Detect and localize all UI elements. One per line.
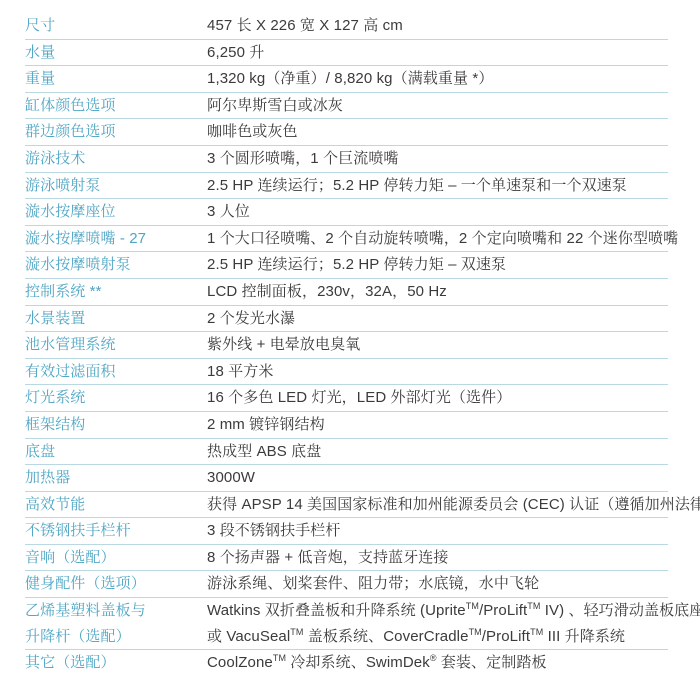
spec-value-cell: 1 个大口径喷嘴、2 个自动旋转喷嘴，2 个定向喷嘴和 22 个迷你型喷嘴	[207, 226, 678, 252]
spec-value-cell: LCD 控制面板，230v，32A，50 Hz	[207, 279, 668, 305]
spec-value-text: CoolZoneTM 冷却系统、SwimDek® 套装、定制踏板	[207, 650, 668, 676]
spec-value-text: 咖啡色或灰色	[207, 119, 668, 145]
spec-value-text: Watkins 双折叠盖板和升降系统 (UpriteTM/ProLiftTM I…	[207, 598, 700, 624]
spec-row: 漩水按摩座位3 人位	[25, 199, 668, 226]
spec-value-text: 16 个多色 LED 灯光，LED 外部灯光（选件）	[207, 385, 668, 411]
spec-row: 音响（选配）8 个扬声器 + 低音炮，支持蓝牙连接	[25, 545, 668, 572]
spec-label-text: 游泳喷射泵	[25, 173, 207, 199]
spec-row: 高效节能获得 APSP 14 美国国家标准和加州能源委员会 (CEC) 认证（遵…	[25, 492, 668, 519]
spec-label-cell: 底盘	[25, 439, 207, 465]
spec-value-cell: 2 个发光水瀑	[207, 306, 668, 332]
spec-row: 漩水按摩喷嘴 - 271 个大口径喷嘴、2 个自动旋转喷嘴，2 个定向喷嘴和 2…	[25, 226, 668, 253]
spec-row: 群边颜色选项咖啡色或灰色	[25, 119, 668, 146]
spec-value-cell: 阿尔卑斯雪白或冰灰	[207, 93, 668, 119]
spec-value-cell: 3 个圆形喷嘴，1 个巨流喷嘴	[207, 146, 668, 172]
spec-row: 健身配件（选项）游泳系绳、划桨套件、阻力带；水底镜，水中飞轮	[25, 571, 668, 598]
spec-label-cell: 框架结构	[25, 412, 207, 438]
spec-label-text: 加热器	[25, 465, 207, 491]
spec-label-cell: 水量	[25, 40, 207, 66]
spec-value-text: 热成型 ABS 底盘	[207, 439, 668, 465]
spec-label-text: 健身配件（选项）	[25, 571, 207, 597]
spec-label-cell: 尺寸	[25, 13, 207, 39]
spec-value-text: 1,320 kg（净重）/ 8,820 kg（满载重量 *）	[207, 66, 668, 92]
spec-label-cell: 缸体颜色选项	[25, 93, 207, 119]
spec-label-cell: 重量	[25, 66, 207, 92]
spec-value-cell: 2.5 HP 连续运行；5.2 HP 停转力矩 – 双速泵	[207, 252, 668, 278]
spec-label-text: 水景装置	[25, 306, 207, 332]
spec-value-text: 3000W	[207, 465, 668, 491]
spec-label-cell: 健身配件（选项）	[25, 571, 207, 597]
spec-value-text: 3 人位	[207, 199, 668, 225]
spec-label-cell: 高效节能	[25, 492, 207, 518]
spec-value-text: 紫外线 + 电晕放电臭氧	[207, 332, 668, 358]
spec-label-text: 游泳技术	[25, 146, 207, 172]
spec-label-cell: 游泳技术	[25, 146, 207, 172]
spec-label-text: 池水管理系统	[25, 332, 207, 358]
spec-row: 重量1,320 kg（净重）/ 8,820 kg（满载重量 *）	[25, 66, 668, 93]
spec-label-text: 缸体颜色选项	[25, 93, 207, 119]
spec-value-text: 获得 APSP 14 美国国家标准和加州能源委员会 (CEC) 认证（遵循加州法…	[207, 492, 700, 518]
spec-label-cell: 漩水按摩喷嘴 - 27	[25, 226, 207, 252]
spec-label-cell: 音响（选配）	[25, 545, 207, 571]
spec-row: 灯光系统16 个多色 LED 灯光，LED 外部灯光（选件）	[25, 385, 668, 412]
spec-value-cell: 457 长 X 226 宽 X 127 高 cm	[207, 13, 668, 39]
spec-label-cell: 控制系统 **	[25, 279, 207, 305]
spec-label-text: 尺寸	[25, 13, 207, 39]
spec-row: 漩水按摩喷射泵2.5 HP 连续运行；5.2 HP 停转力矩 – 双速泵	[25, 252, 668, 279]
spec-row: 不锈钢扶手栏杆3 段不锈钢扶手栏杆	[25, 518, 668, 545]
spec-value-text: LCD 控制面板，230v，32A，50 Hz	[207, 279, 668, 305]
spec-value-text: 2.5 HP 连续运行；5.2 HP 停转力矩 – 一个单速泵和一个双速泵	[207, 173, 668, 199]
spec-label-text: 高效节能	[25, 492, 207, 518]
spec-label-text: 乙烯基塑料盖板与	[25, 598, 207, 624]
spec-value-cell: 18 平方米	[207, 359, 668, 385]
spec-row: 游泳喷射泵2.5 HP 连续运行；5.2 HP 停转力矩 – 一个单速泵和一个双…	[25, 173, 668, 200]
spec-value-cell: 3 人位	[207, 199, 668, 225]
spec-label-text: 底盘	[25, 439, 207, 465]
spec-value-text: 6,250 升	[207, 40, 668, 66]
spec-label-cell: 游泳喷射泵	[25, 173, 207, 199]
spec-label-cell: 水景装置	[25, 306, 207, 332]
spec-value-cell: 6,250 升	[207, 40, 668, 66]
spec-value-cell: 咖啡色或灰色	[207, 119, 668, 145]
spec-label-cell: 漩水按摩喷射泵	[25, 252, 207, 278]
spec-row: 有效过滤面积18 平方米	[25, 359, 668, 386]
spec-value-cell: 2 mm 镀锌钢结构	[207, 412, 668, 438]
spec-label-text: 水量	[25, 40, 207, 66]
spec-label-text: 控制系统 **	[25, 279, 207, 305]
spec-label-cell: 池水管理系统	[25, 332, 207, 358]
spec-label-text: 有效过滤面积	[25, 359, 207, 385]
spec-value-cell: CoolZoneTM 冷却系统、SwimDek® 套装、定制踏板	[207, 650, 668, 676]
spec-value-cell: 2.5 HP 连续运行；5.2 HP 停转力矩 – 一个单速泵和一个双速泵	[207, 173, 668, 199]
spec-row: 游泳技术3 个圆形喷嘴，1 个巨流喷嘴	[25, 146, 668, 173]
spec-value-text: 2.5 HP 连续运行；5.2 HP 停转力矩 – 双速泵	[207, 252, 668, 278]
spec-label-cell: 漩水按摩座位	[25, 199, 207, 225]
spec-label-cell: 乙烯基塑料盖板与升降杆（选配）	[25, 598, 207, 649]
spec-label-text: 群边颜色选项	[25, 119, 207, 145]
spec-label-cell: 加热器	[25, 465, 207, 491]
spec-row: 加热器3000W	[25, 465, 668, 492]
spec-row: 池水管理系统紫外线 + 电晕放电臭氧	[25, 332, 668, 359]
spec-label-cell: 其它（选配）	[25, 650, 207, 676]
spec-value-text: 阿尔卑斯雪白或冰灰	[207, 93, 668, 119]
spec-label-text: 升降杆（选配）	[25, 624, 207, 650]
spec-row: 底盘热成型 ABS 底盘	[25, 439, 668, 466]
spec-label-text: 灯光系统	[25, 385, 207, 411]
spec-value-cell: 3 段不锈钢扶手栏杆	[207, 518, 668, 544]
spec-label-text: 漩水按摩座位	[25, 199, 207, 225]
spec-label-text: 框架结构	[25, 412, 207, 438]
spec-row: 控制系统 **LCD 控制面板，230v，32A，50 Hz	[25, 279, 668, 306]
spec-value-text: 游泳系绳、划桨套件、阻力带；水底镜，水中飞轮	[207, 571, 668, 597]
spec-row: 水量6,250 升	[25, 40, 668, 67]
spec-value-cell: 热成型 ABS 底盘	[207, 439, 668, 465]
spec-label-text: 重量	[25, 66, 207, 92]
spec-label-cell: 灯光系统	[25, 385, 207, 411]
spec-value-cell: 1,320 kg（净重）/ 8,820 kg（满载重量 *）	[207, 66, 668, 92]
spec-label-cell: 不锈钢扶手栏杆	[25, 518, 207, 544]
spec-row: 乙烯基塑料盖板与升降杆（选配）Watkins 双折叠盖板和升降系统 (Uprit…	[25, 598, 668, 650]
spec-value-text: 1 个大口径喷嘴、2 个自动旋转喷嘴，2 个定向喷嘴和 22 个迷你型喷嘴	[207, 226, 678, 252]
spec-sheet-page: 尺寸457 长 X 226 宽 X 127 高 cm水量6,250 升重量1,3…	[0, 0, 700, 700]
spec-value-text: 3 个圆形喷嘴，1 个巨流喷嘴	[207, 146, 668, 172]
spec-value-cell: 紫外线 + 电晕放电臭氧	[207, 332, 668, 358]
spec-value-text: 2 个发光水瀑	[207, 306, 668, 332]
spec-value-text: 3 段不锈钢扶手栏杆	[207, 518, 668, 544]
spec-value-cell: Watkins 双折叠盖板和升降系统 (UpriteTM/ProLiftTM I…	[207, 598, 700, 649]
spec-row: 其它（选配）CoolZoneTM 冷却系统、SwimDek® 套装、定制踏板	[25, 650, 668, 676]
spec-label-text: 其它（选配）	[25, 650, 207, 676]
spec-value-cell: 3000W	[207, 465, 668, 491]
spec-row: 框架结构2 mm 镀锌钢结构	[25, 412, 668, 439]
spec-value-text: 18 平方米	[207, 359, 668, 385]
spec-value-text: 457 长 X 226 宽 X 127 高 cm	[207, 13, 668, 39]
spec-label-text: 漩水按摩喷嘴 - 27	[25, 226, 207, 252]
spec-label-cell: 有效过滤面积	[25, 359, 207, 385]
spec-value-text: 8 个扬声器 + 低音炮，支持蓝牙连接	[207, 545, 668, 571]
spec-table: 尺寸457 长 X 226 宽 X 127 高 cm水量6,250 升重量1,3…	[25, 13, 668, 676]
spec-row: 缸体颜色选项阿尔卑斯雪白或冰灰	[25, 93, 668, 120]
spec-value-cell: 8 个扬声器 + 低音炮，支持蓝牙连接	[207, 545, 668, 571]
spec-label-text: 漩水按摩喷射泵	[25, 252, 207, 278]
spec-label-text: 不锈钢扶手栏杆	[25, 518, 207, 544]
spec-label-cell: 群边颜色选项	[25, 119, 207, 145]
spec-row: 尺寸457 长 X 226 宽 X 127 高 cm	[25, 13, 668, 40]
spec-value-cell: 16 个多色 LED 灯光，LED 外部灯光（选件）	[207, 385, 668, 411]
spec-row: 水景装置2 个发光水瀑	[25, 306, 668, 333]
spec-value-text: 或 VacuSealTM 盖板系统、CoverCradleTM/ProLiftT…	[207, 624, 700, 650]
spec-value-cell: 游泳系绳、划桨套件、阻力带；水底镜，水中飞轮	[207, 571, 668, 597]
spec-label-text: 音响（选配）	[25, 545, 207, 571]
spec-value-cell: 获得 APSP 14 美国国家标准和加州能源委员会 (CEC) 认证（遵循加州法…	[207, 492, 700, 518]
spec-value-text: 2 mm 镀锌钢结构	[207, 412, 668, 438]
